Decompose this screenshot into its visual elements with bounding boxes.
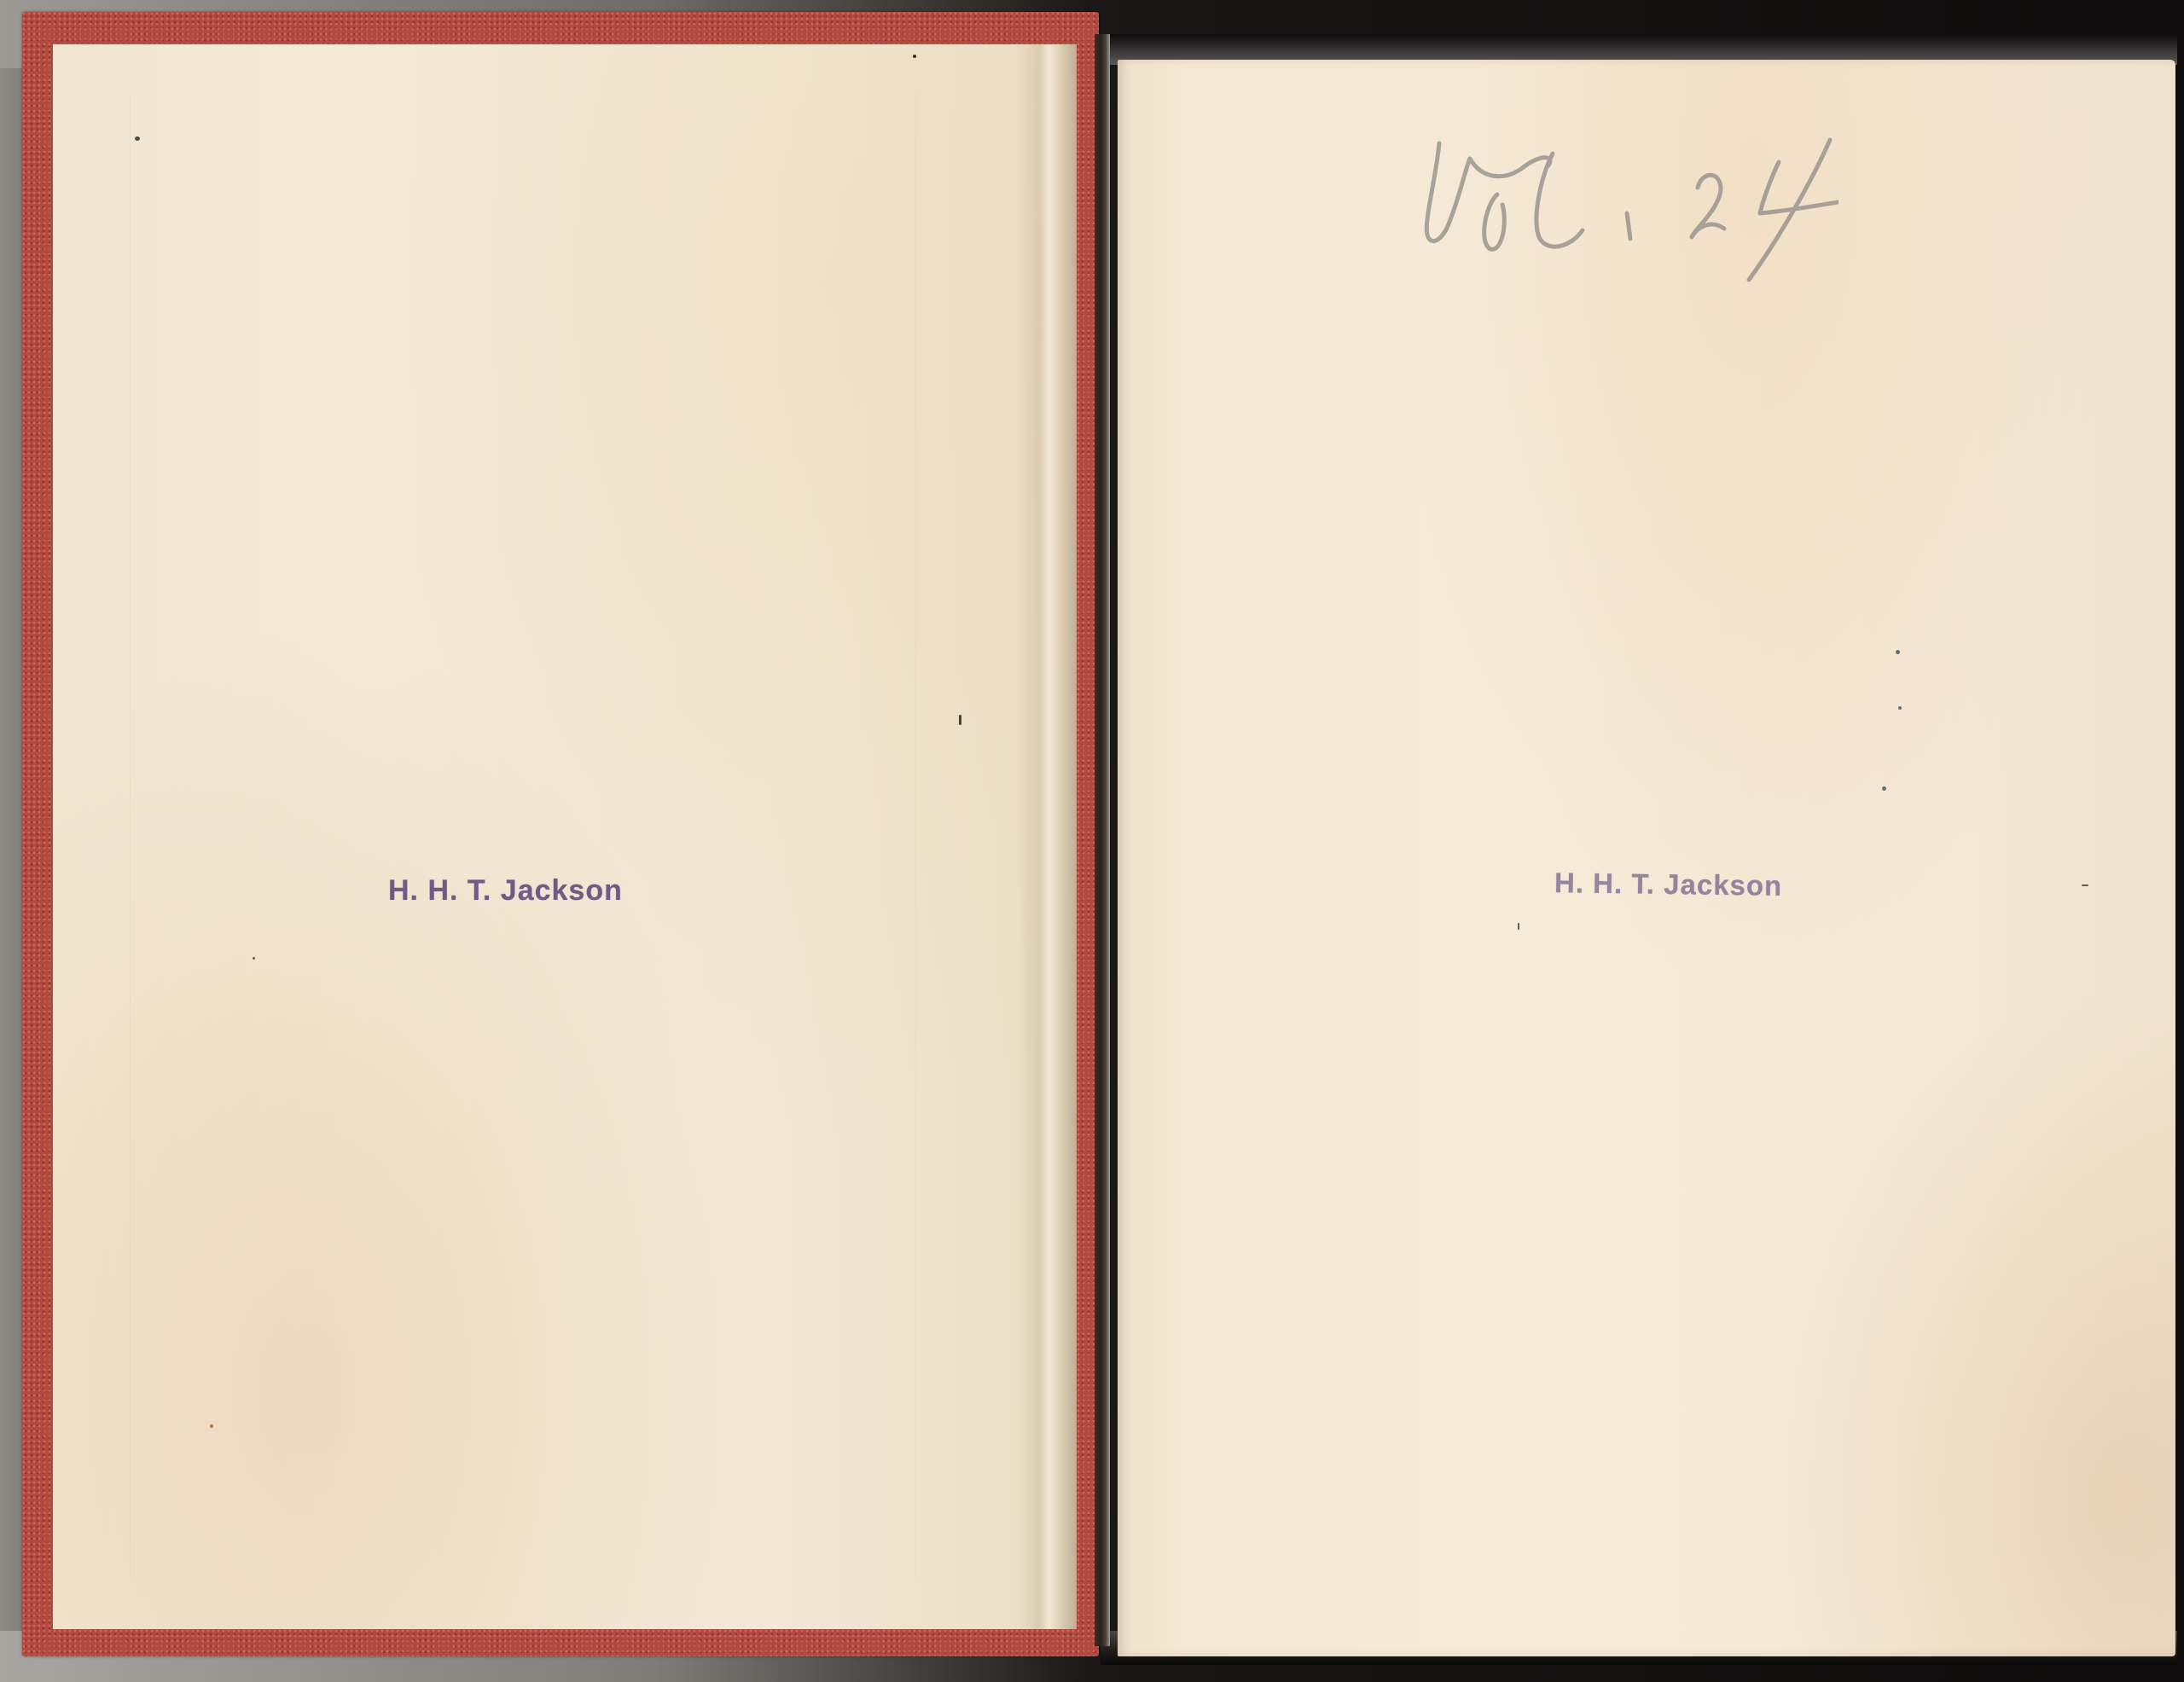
pastedown-faint-margins (130, 94, 916, 1578)
paper-speck (253, 957, 255, 960)
spine-gutter (1095, 34, 1110, 1646)
paper-speck (1518, 923, 1519, 930)
paper-speck (135, 136, 140, 141)
paper-speck (210, 1424, 213, 1428)
paper-speck (2082, 884, 2088, 886)
pastedown-hinge-crease (1015, 44, 1077, 1629)
pencil-handwriting-icon (1412, 128, 1838, 299)
paper-speck (959, 715, 961, 725)
flyleaf-page (1118, 60, 2175, 1656)
paper-speck (1896, 650, 1900, 654)
owner-stamp-left: H. H. T. Jackson (388, 874, 623, 908)
paper-speck (913, 55, 916, 58)
paper-speck (1898, 706, 1902, 710)
pencil-volume-note: Vol. 24 (1412, 128, 1838, 299)
paper-speck (1882, 786, 1886, 791)
owner-stamp-right: H. H. T. Jackson (1554, 867, 1783, 902)
